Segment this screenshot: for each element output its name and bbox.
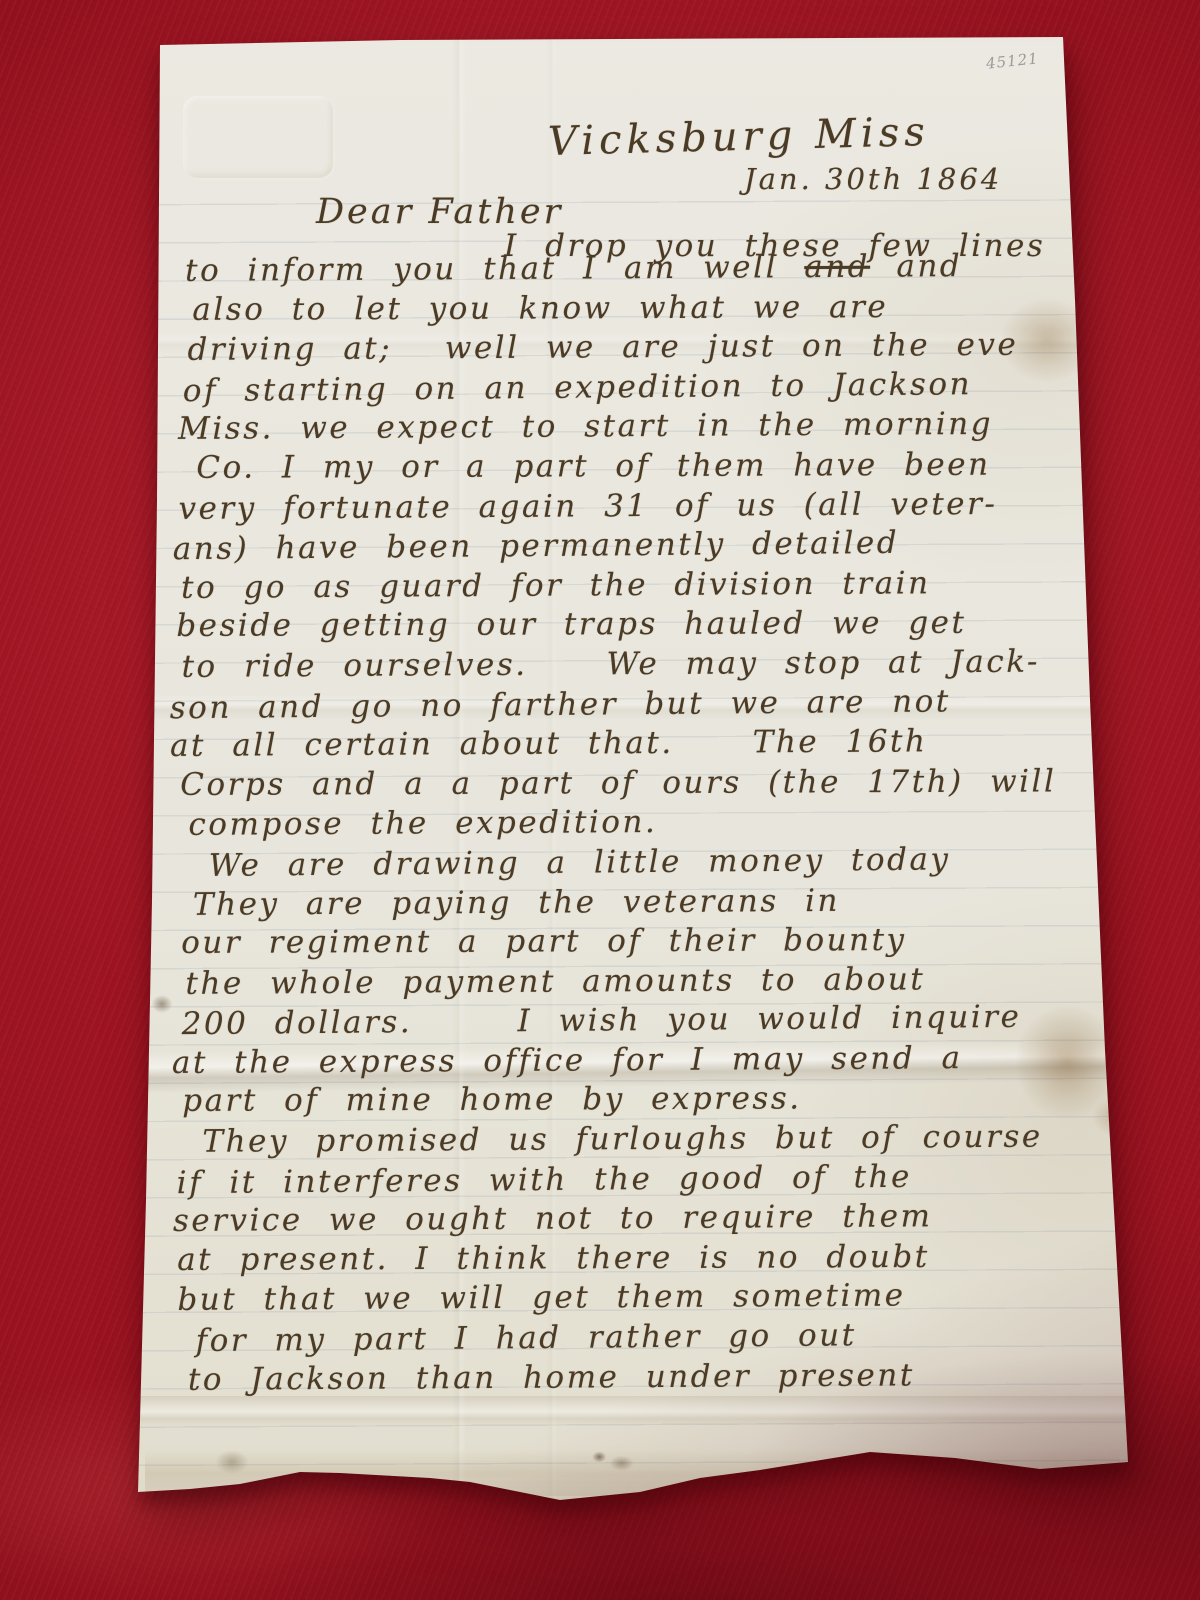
letter-body: to inform you that I am well and andalso… bbox=[165, 246, 1132, 1400]
letter-line: at present. I think there is no doubt bbox=[171, 1237, 1131, 1280]
letter-line: our regiment a part of their bounty bbox=[169, 920, 1129, 963]
fold-crease-horizontal bbox=[0, 1396, 1200, 1426]
letter-line: to go as guard for the division train bbox=[167, 563, 1127, 608]
letter-line: They promised us furloughs but of course bbox=[170, 1117, 1130, 1162]
letter-line-text: to inform you that I am well bbox=[185, 249, 804, 289]
letter-line: part of mine home by express. bbox=[170, 1079, 1130, 1122]
letter-line: Miss. we expect to start in the morning bbox=[166, 405, 1126, 450]
pencil-notation: 45121 bbox=[985, 49, 1039, 72]
embossed-stationery-stamp bbox=[183, 96, 333, 178]
letter-line-text: and bbox=[870, 248, 962, 285]
paper-stain bbox=[580, 1438, 644, 1480]
paper-edge-staining bbox=[145, 1450, 1120, 1496]
letter-line: We are drawing a little money today bbox=[169, 839, 1129, 887]
letter-line: for my part I had rather go out bbox=[171, 1314, 1131, 1362]
paper-shadow-wrap: 45121 Vicksburg Miss Jan. 30th 1864 Dear… bbox=[0, 0, 1200, 1600]
letter-line: beside getting our traps hauled we get bbox=[167, 603, 1127, 646]
letter-place-line: Vicksburg Miss bbox=[547, 109, 930, 165]
paper-stain bbox=[210, 1446, 254, 1478]
letter-line: to ride ourselves. We may stop at Jack- bbox=[167, 642, 1127, 687]
letter-paper: 45121 Vicksburg Miss Jan. 30th 1864 Dear… bbox=[0, 0, 1200, 1600]
letter-line: Corps and a a part of ours (the 17th) wi… bbox=[168, 762, 1128, 805]
letter-line: They are paying the veterans in bbox=[169, 880, 1129, 925]
letter-line: to Jackson than home under present bbox=[172, 1355, 1132, 1400]
struck-word: and bbox=[804, 249, 870, 285]
letter-salutation: Dear Father bbox=[316, 192, 563, 232]
letter-line: of starting on an expedition to Jackson bbox=[166, 364, 1126, 412]
letter-line: compose the expedition. bbox=[168, 800, 1128, 845]
letter-line: at the express office for I may send a bbox=[170, 1038, 1130, 1083]
letter-line: if it interferes with the good of the bbox=[171, 1156, 1131, 1204]
letter-line: at all certain about that. The 16th bbox=[168, 721, 1128, 766]
red-fabric-background: 45121 Vicksburg Miss Jan. 30th 1864 Dear… bbox=[0, 0, 1200, 1600]
letter-line: driving at; well we are just on the eve bbox=[165, 325, 1125, 370]
letter-line: service we ought not to require them bbox=[171, 1196, 1131, 1241]
letter-line: Co. I my or a part of them have been bbox=[166, 445, 1126, 488]
letter-line: to inform you that I am well and and bbox=[165, 246, 1125, 291]
letter-line: son and go no farther but we are not bbox=[168, 680, 1128, 728]
letter-line: also to let you know what we are bbox=[165, 287, 1125, 330]
letter-date-line: Jan. 30th 1864 bbox=[744, 162, 1002, 196]
